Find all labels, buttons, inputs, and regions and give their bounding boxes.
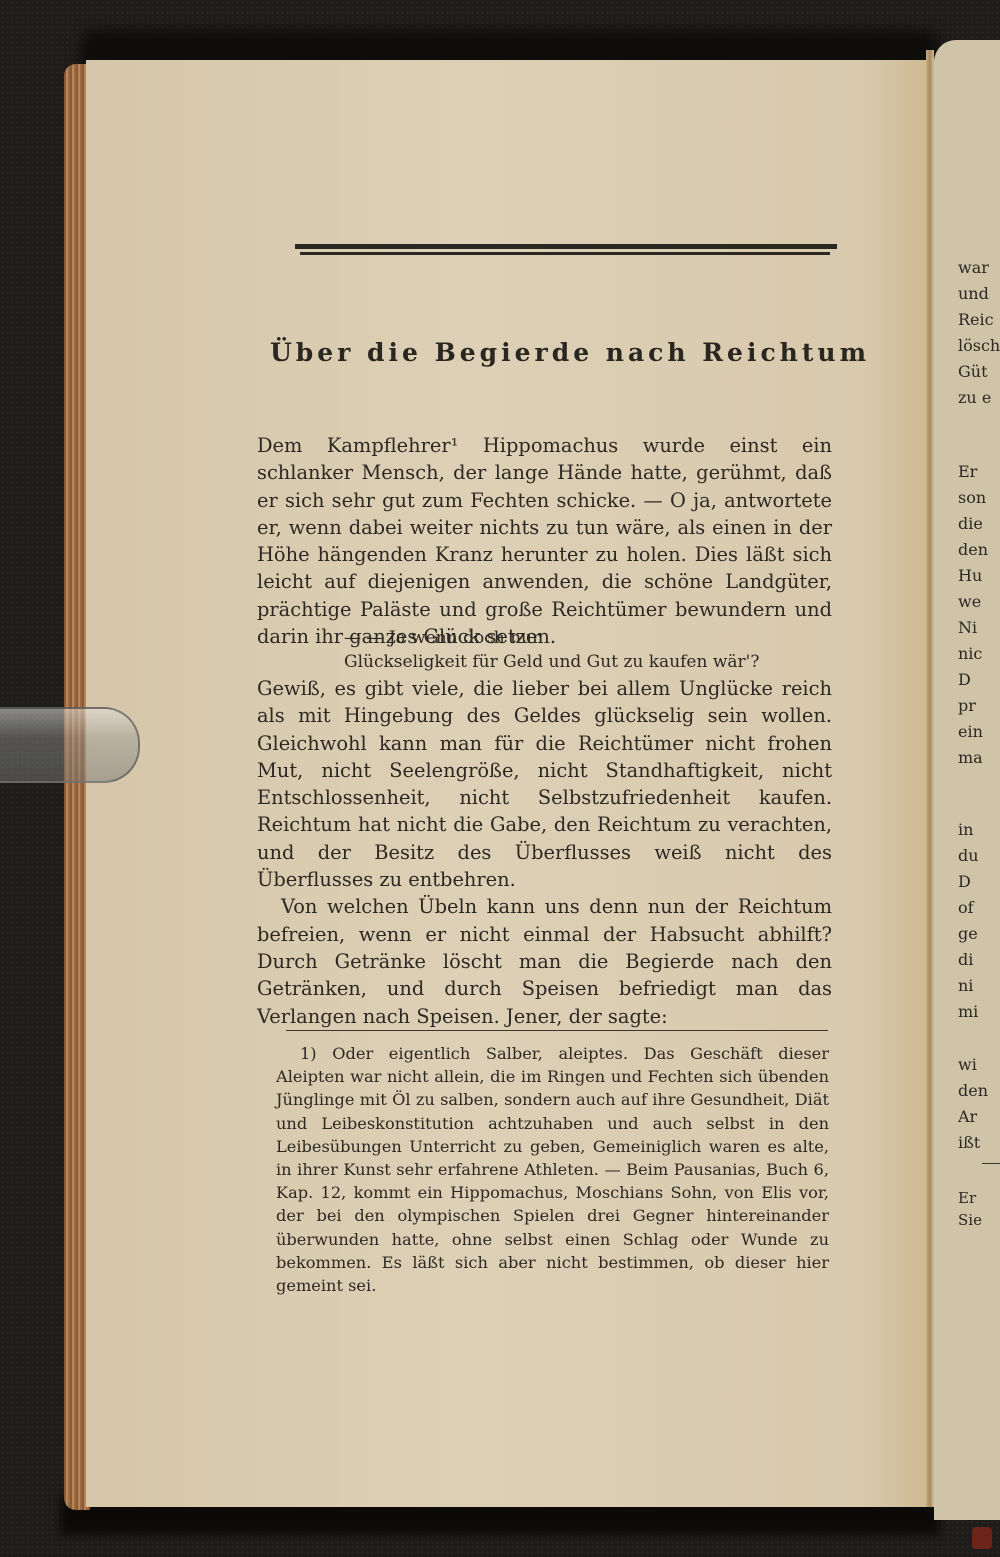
- paragraph-3-text: Von welchen Übeln kann uns denn nun der …: [257, 893, 832, 1029]
- fragment-line: lösch: [958, 333, 1000, 359]
- right-page-fragment-5: Er Sie: [958, 1187, 1000, 1231]
- verse-line-2: Glückseligkeit für Geld und Gut zu kaufe…: [344, 650, 759, 674]
- red-stain: [972, 1527, 992, 1549]
- fragment-line: und: [958, 281, 1000, 307]
- fragment-line: den: [958, 1078, 1000, 1104]
- fragment-line: Güt: [958, 359, 1000, 385]
- fragment-line: Ni: [958, 615, 1000, 641]
- fragment-line: wi: [958, 1052, 1000, 1078]
- verse-quote: — — Ja wenn doch nur Glückseligkeit für …: [344, 626, 759, 674]
- fragment-line: we: [958, 589, 1000, 615]
- fragment-line: die: [958, 511, 1000, 537]
- fragment-line: di: [958, 947, 1000, 973]
- verse-line-1: — — Ja wenn doch nur: [344, 626, 759, 650]
- fragment-line: son: [958, 485, 1000, 511]
- header-rule-thick: [295, 244, 837, 249]
- fragment-line: D: [958, 667, 1000, 693]
- fragment-line: nic: [958, 641, 1000, 667]
- paragraph-2-text: Gewiß, es gibt viele, die lieber bei all…: [257, 675, 832, 893]
- fragment-line: ißt: [958, 1130, 1000, 1156]
- right-page-fragment-3: in du D of ge di ni mi: [958, 817, 1000, 1025]
- fragment-line: den: [958, 537, 1000, 563]
- right-page-fragment-2: Er son die den Hu we Ni nic D pr ein ma: [958, 459, 1000, 771]
- fragment-line: Er: [958, 459, 1000, 485]
- fragment-line: zu e: [958, 385, 1000, 411]
- fragment-line: du: [958, 843, 1000, 869]
- fragment-line: ge: [958, 921, 1000, 947]
- book-gutter: [926, 50, 934, 1507]
- fragment-line: Er: [958, 1187, 1000, 1209]
- fragment-line: Sie: [958, 1209, 1000, 1231]
- fragment-line: ma: [958, 745, 1000, 771]
- right-page-fragment-1: war und Reic lösch Güt zu e: [958, 255, 1000, 411]
- fragment-line: Reic: [958, 307, 1000, 333]
- right-page-fragment-4: wi den Ar ißt: [958, 1052, 1000, 1156]
- fragment-line: D: [958, 869, 1000, 895]
- chapter-title: Über die Begierde nach Reichtum: [260, 338, 880, 367]
- paragraph-1-text: Dem Kampflehrer¹ Hippomachus wurde einst…: [257, 432, 832, 650]
- fragment-line: pr: [958, 693, 1000, 719]
- paragraph-1: Dem Kampflehrer¹ Hippomachus wurde einst…: [257, 432, 832, 650]
- footnote: 1) Oder eigentlich Salber, aleiptes. Das…: [276, 1042, 829, 1297]
- fragment-line: mi: [958, 999, 1000, 1025]
- header-rule-thin: [300, 252, 830, 255]
- fragment-line: Hu: [958, 563, 1000, 589]
- fragment-line: ein: [958, 719, 1000, 745]
- footnote-rule: [286, 1030, 828, 1031]
- fragment-line: ni: [958, 973, 1000, 999]
- paragraph-2-block: Gewiß, es gibt viele, die lieber bei all…: [257, 675, 832, 1030]
- fragment-line: in: [958, 817, 1000, 843]
- right-page-footnote-rule: [982, 1163, 1000, 1164]
- fragment-line: war: [958, 255, 1000, 281]
- page-holder-clip: [0, 707, 140, 783]
- fragment-line: of: [958, 895, 1000, 921]
- fragment-line: Ar: [958, 1104, 1000, 1130]
